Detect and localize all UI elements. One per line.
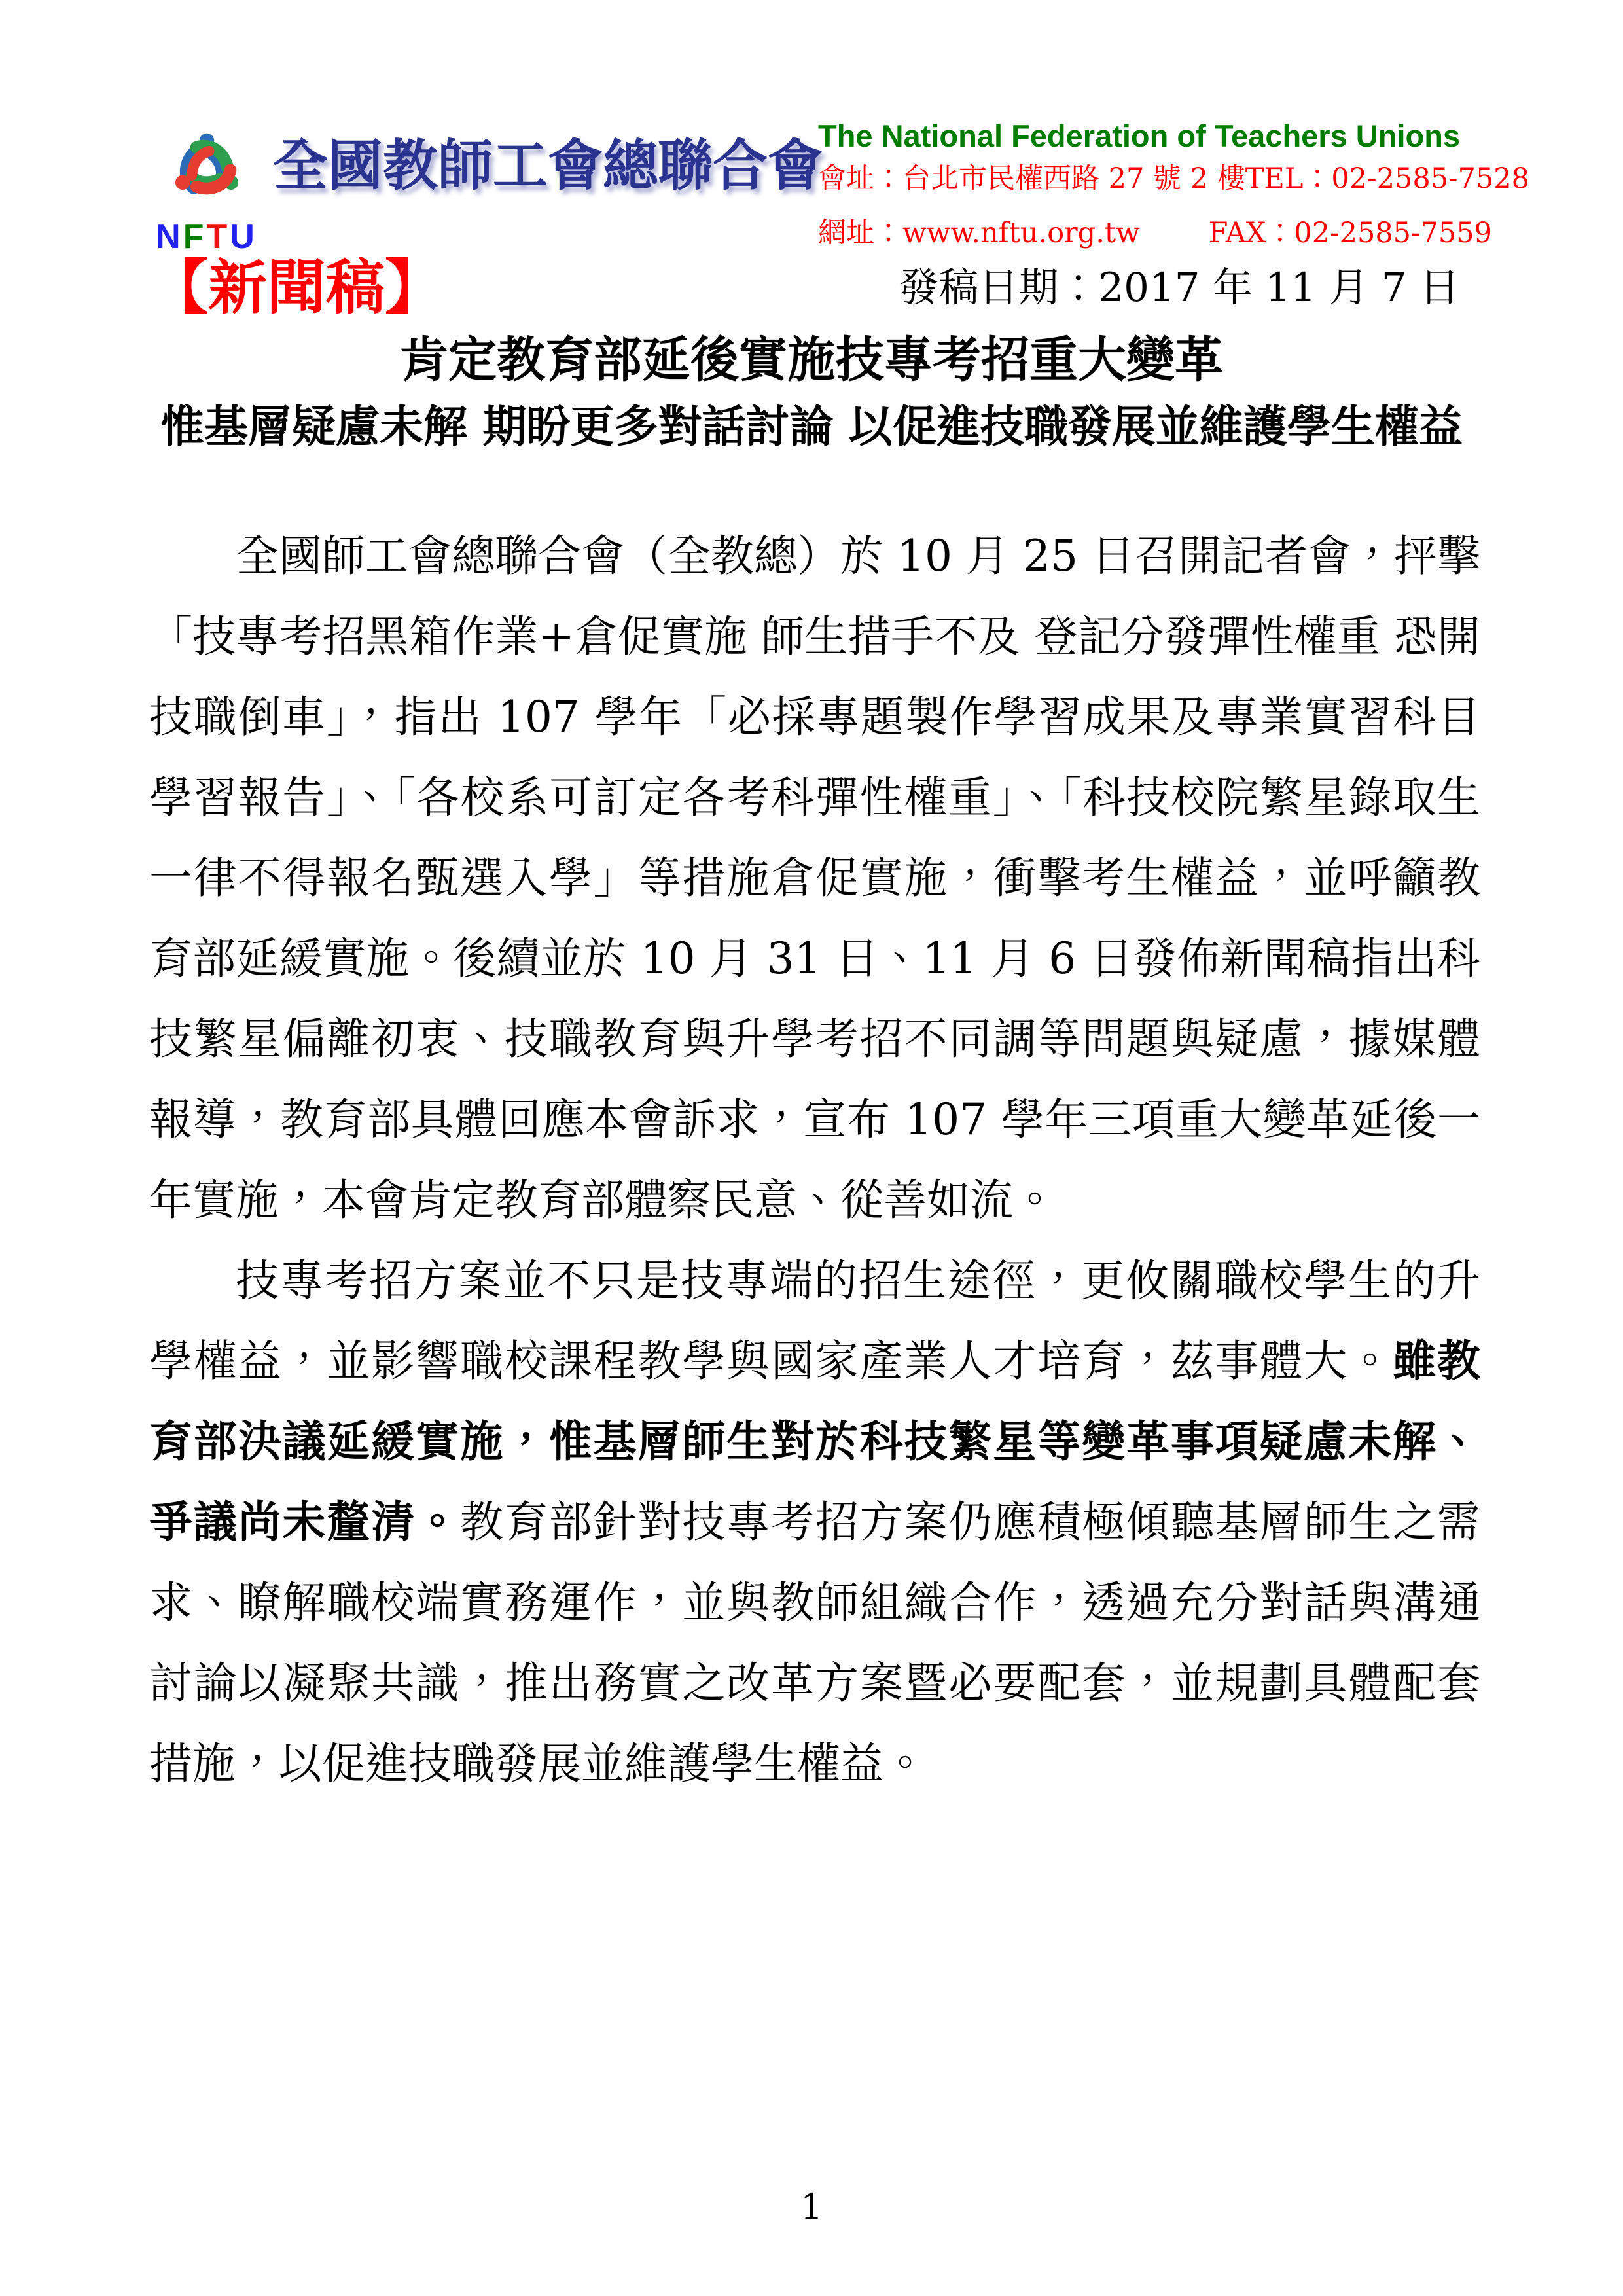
headline-line-2: 惟基層疑慮未解 期盼更多對話討論 以促進技職發展並維護學生權益	[0, 398, 1623, 455]
meta-row: 【新聞稿】 發稿日期：2017 年 11 月 7 日	[149, 254, 1459, 322]
press-release-tag: 【新聞稿】	[149, 254, 444, 322]
nftu-triskelion-icon	[149, 118, 264, 216]
contact-row-1: 會址：台北市民權西路 27 號 2 樓 TEL：02-2585-7528	[818, 165, 1492, 193]
nftu-letter-f: F	[183, 218, 207, 256]
fax-line: FAX：02-2585-7559	[1209, 219, 1492, 247]
body-paragraph-2: 技專考招方案並不只是技專端的招生途徑，更攸關職校學生的升學權益，並影響職校課程教…	[149, 1240, 1480, 1804]
org-name-en: The National Federation of Teachers Unio…	[818, 119, 1492, 153]
nftu-letter-u: U	[230, 218, 257, 256]
contact-row-2: 網址：www.nftu.org.tw FAX：02-2585-7559	[818, 219, 1492, 247]
nftu-acronym: NFTU	[149, 220, 264, 254]
contact-grid: 會址：台北市民權西路 27 號 2 樓 TEL：02-2585-7528 網址：…	[818, 165, 1492, 247]
release-date: 發稿日期：2017 年 11 月 7 日	[899, 266, 1459, 310]
website-line: 網址：www.nftu.org.tw	[818, 219, 1140, 247]
paragraph-2-run-1: 技專考招方案並不只是技專端的招生途徑，更攸關職校學生的升學權益，並影響職校課程教…	[149, 1255, 1480, 1386]
body-paragraph-1: 全國師工會總聯合會（全教總）於 10 月 25 日召開記者會，抨擊「技專考招黑箱…	[149, 516, 1480, 1240]
body-text: 全國師工會總聯合會（全教總）於 10 月 25 日召開記者會，抨擊「技專考招黑箱…	[149, 516, 1480, 1804]
letterhead: NFTU 全國教師工會總聯合會 The National Federation …	[149, 118, 1492, 254]
tel-line: TEL：02-2585-7528	[1245, 165, 1529, 193]
org-name-zh-calligraphy: 全國教師工會總聯合會	[273, 124, 757, 207]
press-release-page: NFTU 全國教師工會總聯合會 The National Federation …	[0, 0, 1623, 2296]
address-line: 會址：台北市民權西路 27 號 2 樓	[818, 165, 1245, 193]
nftu-logo: NFTU	[149, 118, 264, 254]
contact-block: The National Federation of Teachers Unio…	[818, 118, 1492, 247]
nftu-letter-n: N	[156, 218, 183, 256]
headline-line-1: 肯定教育部延後實施技專考招重大變革	[0, 329, 1623, 391]
page-number: 1	[0, 2186, 1623, 2227]
headline: 肯定教育部延後實施技專考招重大變革 惟基層疑慮未解 期盼更多對話討論 以促進技職…	[0, 329, 1623, 455]
nftu-letter-t: T	[207, 218, 230, 256]
